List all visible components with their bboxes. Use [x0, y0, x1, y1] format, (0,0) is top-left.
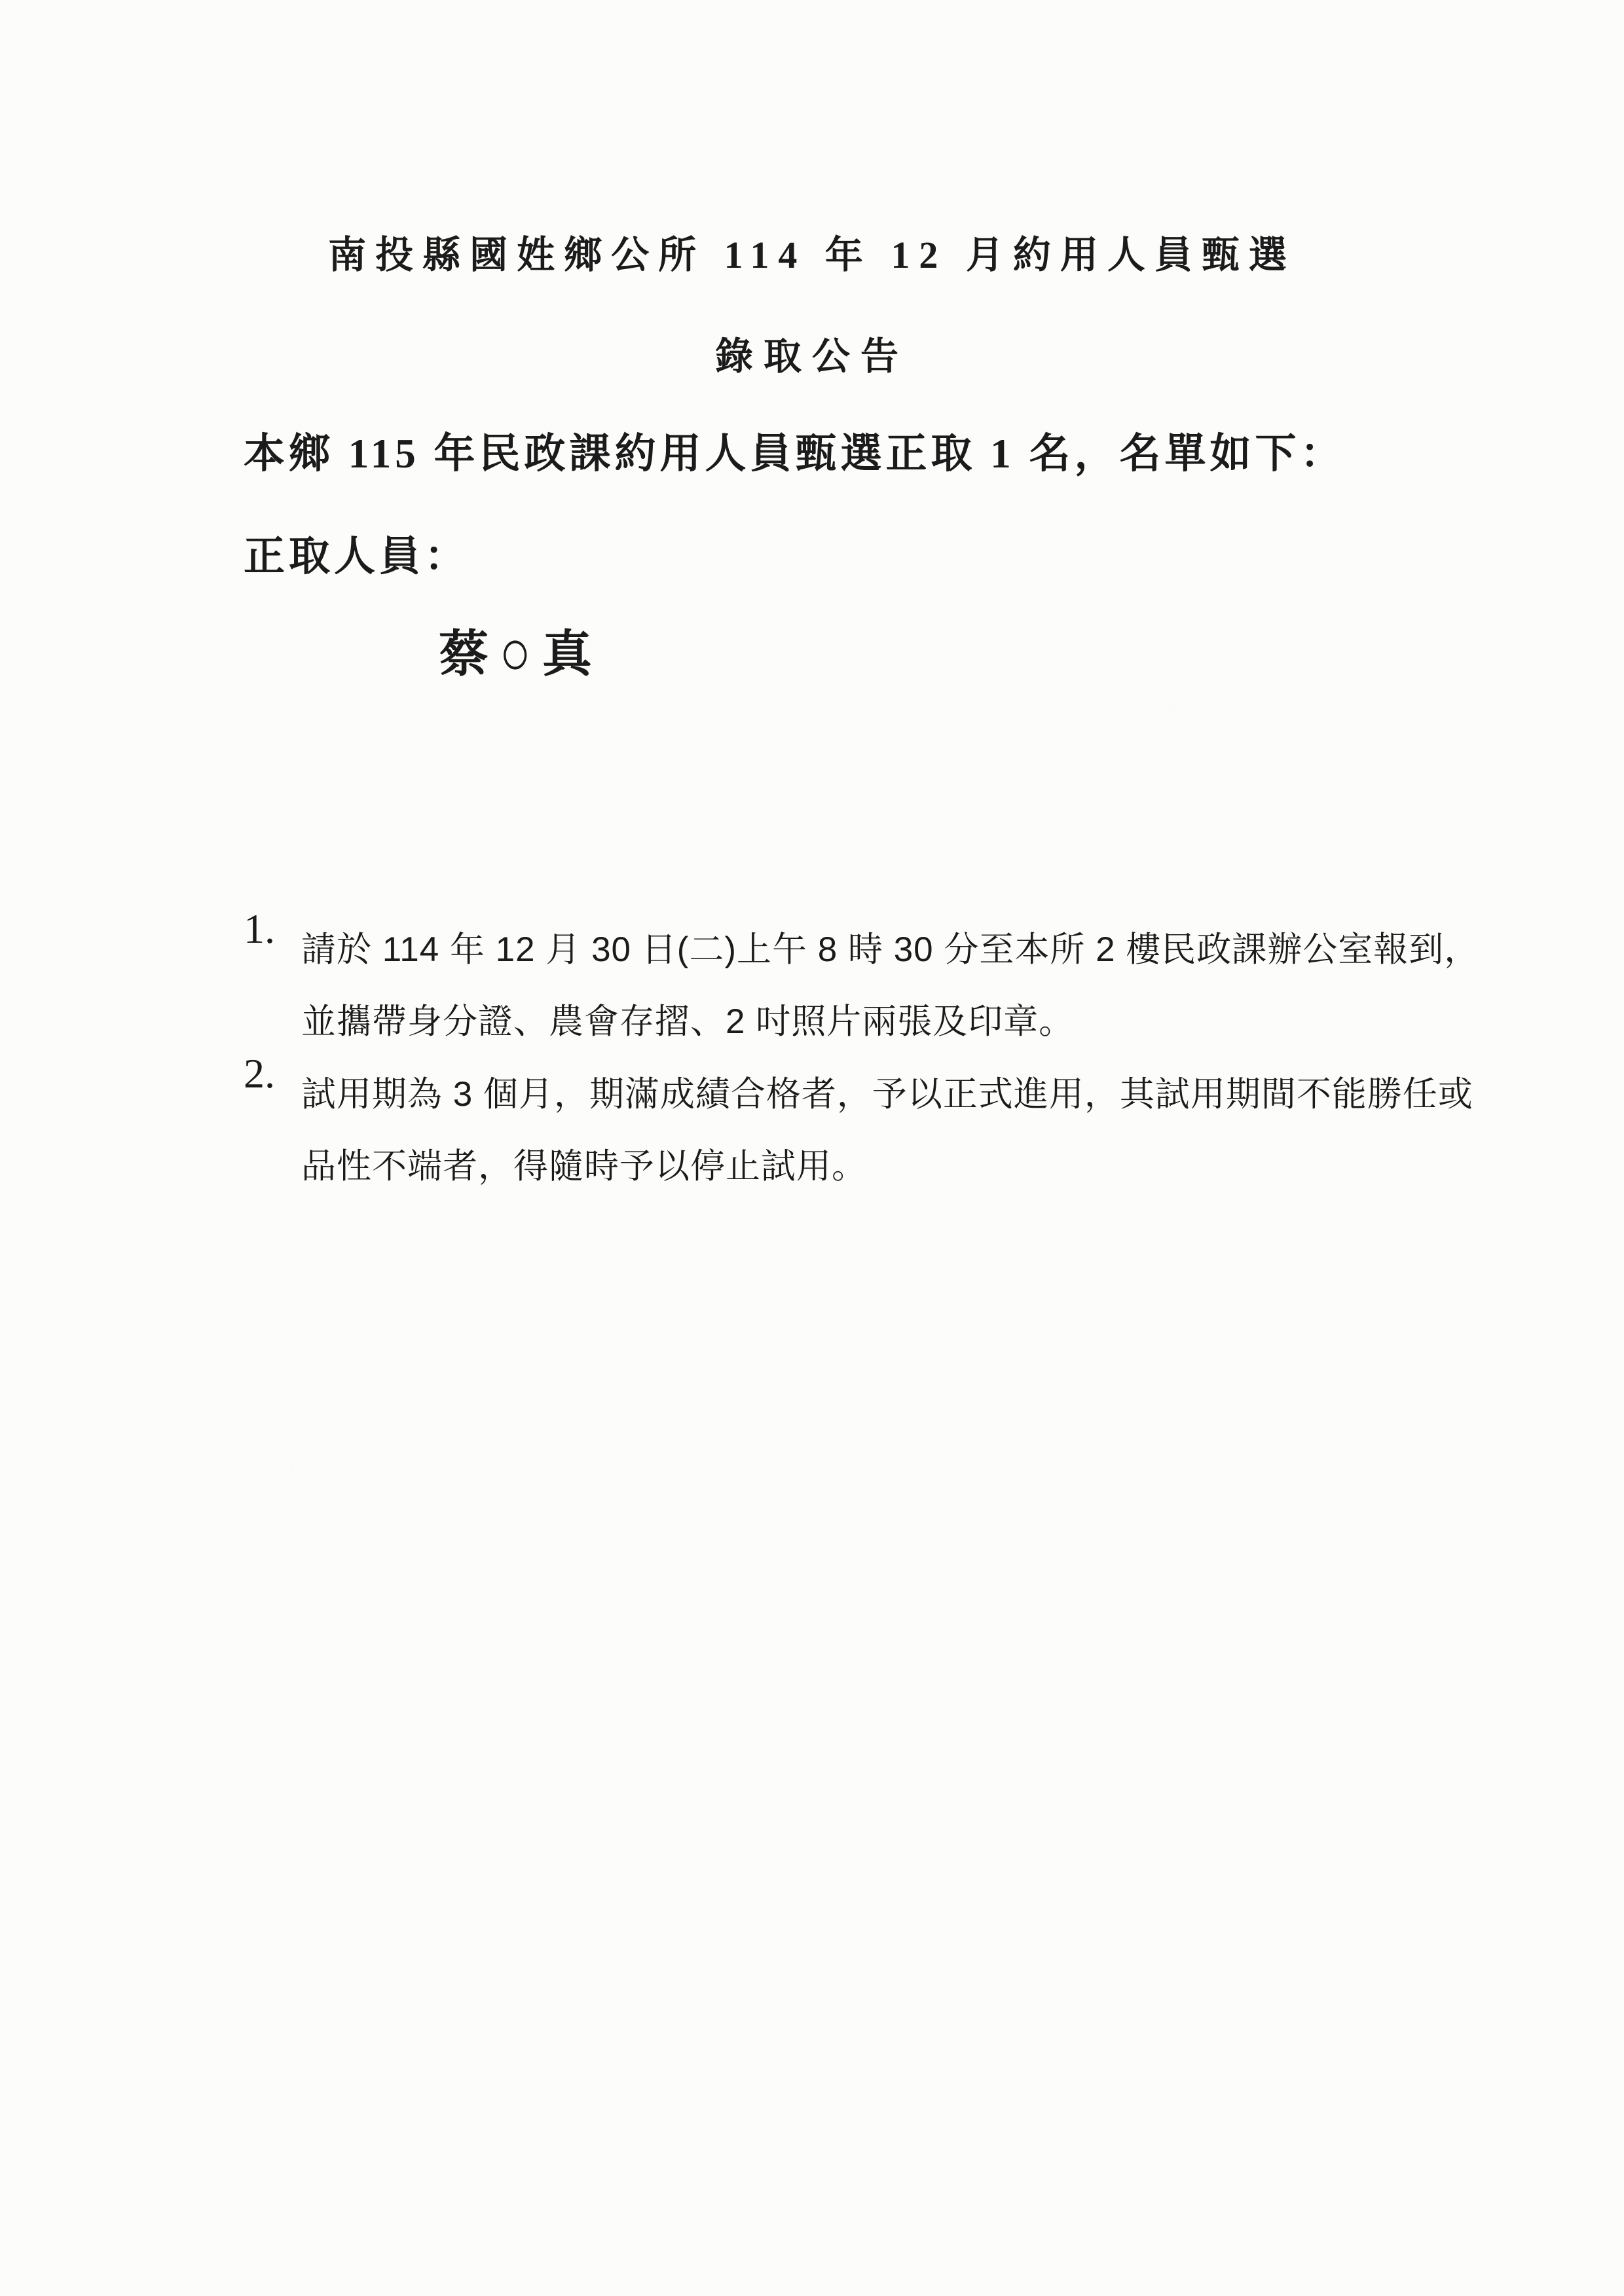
note-2-line-1: 試用期為 3 個月，期滿成績合格者，予以正式進用，其試用期間不能勝任或 [301, 1059, 1422, 1131]
note-2-line-2: 品性不端者，得隨時予以停止試用。 [301, 1131, 1422, 1203]
masked-character-circle: ○ [500, 616, 538, 691]
admitted-label: 正取人員： [244, 523, 470, 583]
note-item-1: 1. 請於 114 年 12 月 30 日(二)上午 8 時 30 分至本所 2… [244, 914, 1422, 1058]
document-page: 南投縣國姓鄉公所 114 年 12 月約用人員甄選 錄取公告 本鄉 115 年民… [0, 0, 1624, 2296]
note-1-line-1: 請於 114 年 12 月 30 日(二)上午 8 時 30 分至本所 2 樓民… [301, 914, 1422, 986]
note-1-number: 1. [244, 908, 275, 950]
note-item-2: 2. 試用期為 3 個月，期滿成績合格者，予以正式進用，其試用期間不能勝任或 品… [244, 1059, 1422, 1203]
note-2-text: 試用期為 3 個月，期滿成績合格者，予以正式進用，其試用期間不能勝任或 品性不端… [301, 1059, 1422, 1203]
admitted-name: 蔡○真 [439, 614, 599, 685]
note-1-text: 請於 114 年 12 月 30 日(二)上午 8 時 30 分至本所 2 樓民… [301, 914, 1422, 1058]
note-1-line-2: 並攜帶身分證、農會存摺、2 吋照片兩張及印章。 [301, 986, 1422, 1058]
document-title: 南投縣國姓鄉公所 114 年 12 月約用人員甄選 [0, 224, 1624, 279]
admitted-name-surname: 蔡 [439, 627, 495, 682]
document-subtitle: 錄取公告 [0, 325, 1624, 380]
note-2-number: 2. [244, 1053, 275, 1095]
intro-line: 本鄉 115 年民政課約用人員甄選正取 1 名，名單如下： [244, 420, 1346, 480]
admitted-name-given: 真 [542, 627, 599, 682]
